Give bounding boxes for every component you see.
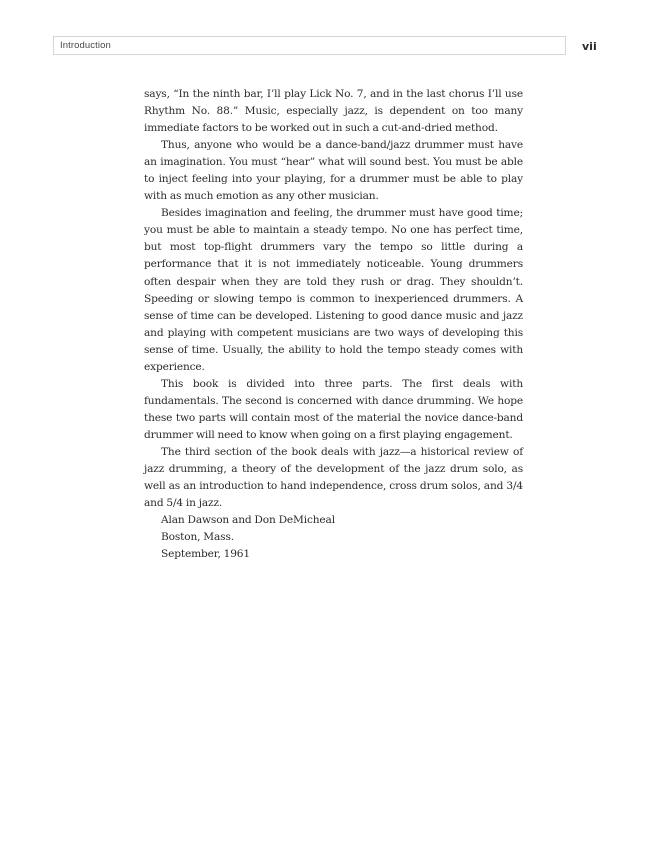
page-number: vii (582, 40, 597, 53)
paragraph-good-time: Besides imagination and feeling, the dru… (144, 205, 523, 375)
paragraph-book-parts: This book is divided into three parts. T… (144, 376, 523, 444)
body-text: says, “In the ninth bar, I’ll play Lick … (144, 86, 523, 563)
paragraph-third-section: The third section of the book deals with… (144, 444, 523, 512)
running-head: Introduction (53, 36, 566, 55)
running-head-title: Introduction (60, 40, 111, 51)
signature-date: September, 1961 (144, 546, 523, 563)
paragraph-continuation: says, “In the ninth bar, I’ll play Lick … (144, 86, 523, 137)
paragraph-imagination: Thus, anyone who would be a dance-band/j… (144, 137, 523, 205)
signature-place: Boston, Mass. (144, 529, 523, 546)
signature-authors: Alan Dawson and Don DeMicheal (144, 512, 523, 529)
